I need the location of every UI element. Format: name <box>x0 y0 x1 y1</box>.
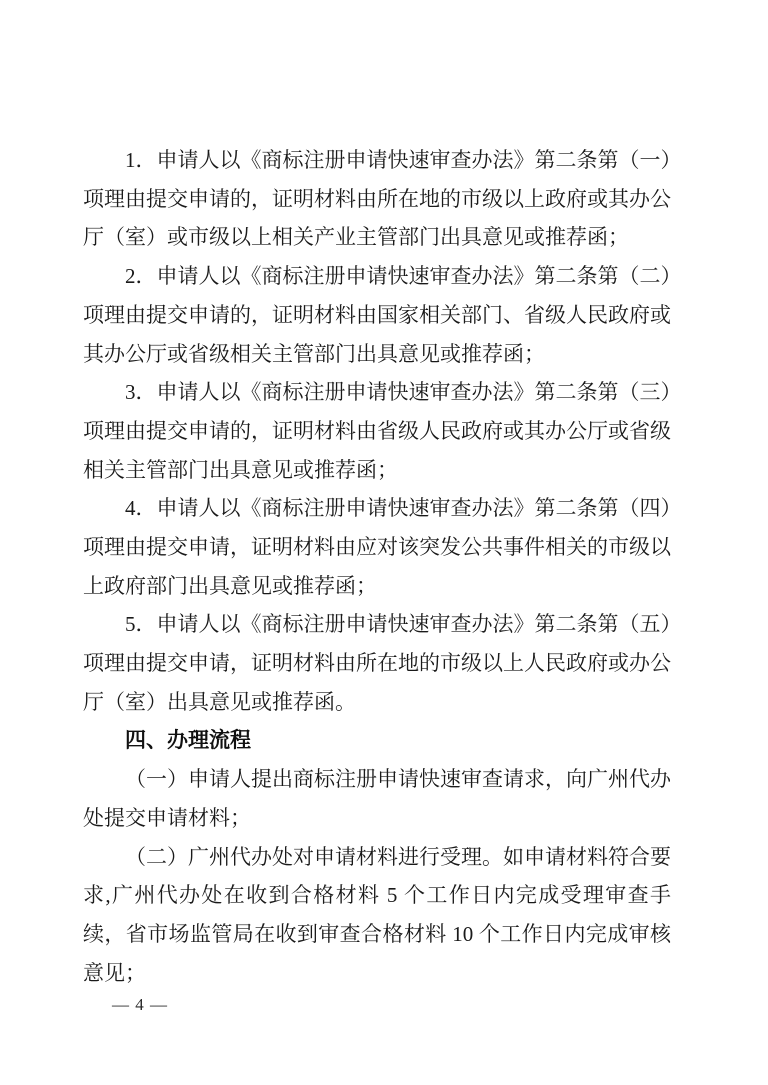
page-number: — 4 — <box>112 992 168 1018</box>
numbered-item-2: 2．申请人以《商标注册申请快速审查办法》第二条第（二）项理由提交申请的，证明材料… <box>83 257 671 373</box>
numbered-item-4: 4．申请人以《商标注册申请快速审查办法》第二条第（四）项理由提交申请，证明材料由… <box>83 489 671 605</box>
flow-step-1: （一）申请人提出商标注册申请快速审查请求，向广州代办处提交申请材料； <box>83 760 671 837</box>
numbered-item-1: 1．申请人以《商标注册申请快速审查办法》第二条第（一）项理由提交申请的，证明材料… <box>83 141 671 257</box>
document-body: 1．申请人以《商标注册申请快速审查办法》第二条第（一）项理由提交申请的，证明材料… <box>83 141 671 992</box>
flow-step-2: （二）广州代办处对申请材料进行受理。如申请材料符合要求,广州代办处在收到合格材料… <box>83 838 671 993</box>
document-page: 1．申请人以《商标注册申请快速审查办法》第二条第（一）项理由提交申请的，证明材料… <box>0 0 768 1085</box>
numbered-item-3: 3．申请人以《商标注册申请快速审查办法》第二条第（三）项理由提交申请的，证明材料… <box>83 373 671 489</box>
numbered-item-5: 5．申请人以《商标注册申请快速审查办法》第二条第（五）项理由提交申请，证明材料由… <box>83 605 671 721</box>
section-heading: 四、办理流程 <box>83 722 671 761</box>
